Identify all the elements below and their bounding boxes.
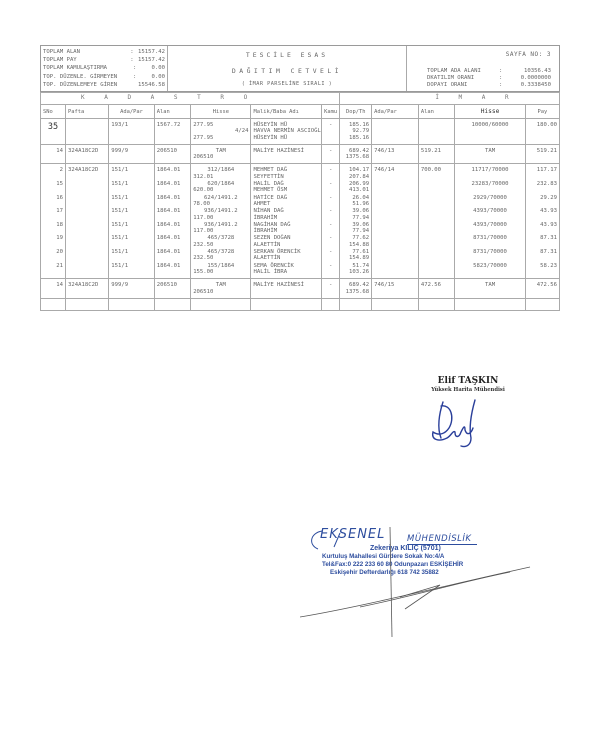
col-imar-ada-par: Ada/Par — [372, 105, 419, 119]
cell-sno: 14 — [41, 144, 66, 164]
cell-imar-ada-par — [372, 222, 419, 236]
cell-alan: 1864.01 — [154, 235, 190, 249]
cell-malik: MALİYE HAZİNESİ — [251, 279, 322, 299]
col-malik: Malik/Baba Adı — [251, 105, 322, 119]
cell-sno: 2 — [41, 164, 66, 181]
col-pay: Pay — [525, 105, 559, 119]
cell-ada-par: 151/1 — [109, 208, 155, 222]
company-stamp: EKSENEL MÜHENDİSLİK Zekeriya KILIÇ (5701… — [300, 527, 550, 577]
cell-imar-hisse: 10000/60000 — [455, 119, 526, 145]
cell-dop-th: 39.0677.94 — [340, 208, 372, 222]
cell-imar-alan — [418, 263, 454, 279]
col-kamu: Kamu — [322, 105, 340, 119]
cell-alan: 1864.01 — [154, 181, 190, 195]
cell-dop-th: 39.0677.94 — [340, 222, 372, 236]
table-row: 19151/11864.01465/3728232.50SEZEN DOĞANA… — [41, 235, 560, 249]
cell-imar-alan: 700.00 — [418, 164, 454, 181]
cell-sno: 15 — [41, 181, 66, 195]
cell-imar-alan — [418, 249, 454, 263]
empty-row — [41, 298, 560, 310]
cell-kamu: - — [322, 263, 340, 279]
section-kadastro: K A D A S T R O — [41, 93, 340, 105]
col-dop-th: Dop/Th — [340, 105, 372, 119]
cell-kamu: - — [322, 144, 340, 164]
cell-malik: HÜSEYİN HÜHAVVA NERMİN ASCIOĞLHÜSEYİN HÜ — [251, 119, 322, 145]
cell-malik-line: ALAETTİN — [253, 255, 319, 261]
cell-hisse-line: 206510 — [193, 154, 248, 160]
col-hisse: Hisse — [191, 105, 251, 119]
total-row: TOPLAM PAY:15157.42 — [43, 56, 165, 64]
cell-pafta — [66, 181, 109, 195]
cell-pafta — [66, 263, 109, 279]
cell-malik-line: AHMET — [253, 201, 319, 207]
cell-alan: 1864.01 — [154, 164, 190, 181]
cell-ada-par: 999/9 — [109, 279, 155, 299]
table-body: 35193/11567.72277.954/24277.95HÜSEYİN HÜ… — [41, 119, 560, 311]
cell-sno: 16 — [41, 195, 66, 209]
cell-dop-th: 689.421375.68 — [340, 144, 372, 164]
cell-pay: 58.23 — [525, 263, 559, 279]
cell-imar-ada-par: 746/15 — [372, 279, 419, 299]
cell-malik-line: İBRAHİM — [253, 228, 319, 234]
cell-pay: 43.93 — [525, 208, 559, 222]
cell-kamu: - — [322, 181, 340, 195]
cell-malik-line: HÜSEYİN HÜ — [253, 135, 319, 141]
cell-imar-hisse: 5823/70000 — [455, 263, 526, 279]
total-row: TOP. DÜZENLEMEYE GİREN15546.58 — [43, 81, 165, 89]
cell-imar-hisse: 8731/70000 — [455, 235, 526, 249]
cell-imar-alan: 472.56 — [418, 279, 454, 299]
cell-hisse-line: 117.00 — [193, 215, 248, 221]
cell-imar-ada-par: 746/13 — [372, 144, 419, 164]
cell-imar-hisse: 8731/70000 — [455, 249, 526, 263]
cell-dop-th-line: 154.88 — [342, 242, 369, 248]
cell-hisse-line: 620.00 — [193, 187, 248, 193]
cell-imar-ada-par: 746/14 — [372, 164, 419, 181]
cell-imar-alan — [418, 222, 454, 236]
cell-pafta — [66, 222, 109, 236]
total-row: TOPLAM KAMULAŞTIRMA:0.00 — [43, 64, 165, 72]
cell-dop-th: 77.61154.89 — [340, 249, 372, 263]
document-sheet: TOPLAM ALAN:15157.42 TOPLAM PAY:15157.42… — [40, 45, 560, 311]
col-ada-par: Ada/Par — [109, 105, 155, 119]
cell-malik: HALİL DAĞMEHMET ÖSM — [251, 181, 322, 195]
cell-hisse: 312/1864312.01 — [191, 164, 251, 181]
document-header: TOPLAM ALAN:15157.42 TOPLAM PAY:15157.42… — [40, 45, 560, 92]
cell-ada-par: 151/1 — [109, 263, 155, 279]
cell-pay: 117.17 — [525, 164, 559, 181]
title-line-2: DAĞITIM CETVELİ — [168, 67, 406, 75]
cell-ada-par: 151/1 — [109, 222, 155, 236]
cell-pafta: 324A18C2D — [66, 279, 109, 299]
cell-malik-line: MEHMET ÖSM — [253, 187, 319, 193]
cell-imar-alan — [418, 181, 454, 195]
cell-hisse-line: 117.00 — [193, 228, 248, 234]
table-row: 35193/11567.72277.954/24277.95HÜSEYİN HÜ… — [41, 119, 560, 145]
cell-malik: SEZEN DOĞANALAETTİN — [251, 235, 322, 249]
cell-hisse-line: 277.95 — [193, 135, 248, 141]
section-imar: İ M A R — [340, 93, 560, 105]
cell-dop-th: 77.62154.88 — [340, 235, 372, 249]
ratio-row: DKATILIM ORANI:0.0000000 — [427, 75, 551, 82]
distribution-table: K A D A S T R O İ M A R SNo Pafta Ada/Pa… — [40, 92, 560, 311]
cell-sno: 21 — [41, 263, 66, 279]
cell-imar-hisse: 4393/70000 — [455, 222, 526, 236]
table-row: 2324A18C2D151/11864.01312/1864312.01MEHM… — [41, 164, 560, 181]
document-title: TESCİLE ESAS DAĞITIM CETVELİ ( İMAR PARS… — [168, 46, 407, 91]
cell-hisse: 277.954/24277.95 — [191, 119, 251, 145]
cell-malik: MALİYE HAZİNESİ — [251, 144, 322, 164]
cell-kamu: - — [322, 249, 340, 263]
cell-hisse: TAM206510 — [191, 144, 251, 164]
stamp-brand-suffix: MÜHENDİSLİK — [407, 534, 477, 545]
col-imar-alan: Alan — [418, 105, 454, 119]
cell-malik: SEMA ÖRENCİKHALİL İBRA — [251, 263, 322, 279]
cell-sno: 20 — [41, 249, 66, 263]
cell-pafta — [66, 195, 109, 209]
cell-malik: NİHAN DAĞİBRAHİM — [251, 208, 322, 222]
cell-pay: 87.31 — [525, 235, 559, 249]
cell-pafta — [66, 249, 109, 263]
cell-malik-line: İBRAHİM — [253, 215, 319, 221]
cell-kamu: - — [322, 222, 340, 236]
cell-hisse-line: 312.01 — [193, 174, 248, 180]
table-row: 14324A18C2D999/9206510TAM206510MALİYE HA… — [41, 279, 560, 299]
totals-panel: TOPLAM ALAN:15157.42 TOPLAM PAY:15157.42… — [41, 46, 168, 91]
cell-hisse-line: 155.00 — [193, 269, 248, 275]
cell-alan: 206510 — [154, 279, 190, 299]
cell-malik: HATİCE DAĞAHMET — [251, 195, 322, 209]
cell-dop-th-line: 77.94 — [342, 215, 369, 221]
cell-malik-line: HAVVA NERMİN ASCIOĞL — [253, 128, 319, 134]
cell-imar-ada-par — [372, 208, 419, 222]
engineer-name: Elif TAŞKIN — [403, 376, 533, 386]
page-number: SAYFA NO: 3 — [506, 51, 551, 58]
cell-imar-ada-par — [372, 249, 419, 263]
cell-imar-alan — [418, 235, 454, 249]
cell-ada-par: 193/1 — [109, 119, 155, 145]
cell-dop-th-line: 103.26 — [342, 269, 369, 275]
cell-malik: MEHMET DAĞSEYFETTİN — [251, 164, 322, 181]
cell-hisse: TAM206510 — [191, 279, 251, 299]
table-row: 14324A18C2D999/9206510TAM206510MALİYE HA… — [41, 144, 560, 164]
cell-pay: 232.83 — [525, 181, 559, 195]
cell-imar-hisse: 11717/70000 — [455, 164, 526, 181]
cell-dop-th-line: 413.01 — [342, 187, 369, 193]
cell-imar-ada-par — [372, 181, 419, 195]
cell-alan: 1864.01 — [154, 249, 190, 263]
cell-kamu: - — [322, 279, 340, 299]
cell-dop-th: 26.0451.96 — [340, 195, 372, 209]
col-alan: Alan — [154, 105, 190, 119]
cell-sno: 35 — [41, 119, 66, 145]
table-row: 15151/11864.01620/1864620.00HALİL DAĞMEH… — [41, 181, 560, 195]
cell-dop-th: 51.74103.26 — [340, 263, 372, 279]
title-line-3: ( İMAR PARSELİNE SIRALI ) — [168, 81, 406, 87]
title-line-1: TESCİLE ESAS — [168, 51, 406, 59]
cell-ada-par: 999/9 — [109, 144, 155, 164]
cell-hisse: 624/1491.278.00 — [191, 195, 251, 209]
engineer-signature-block: Elif TAŞKIN Yüksek Harita Mühendisi — [403, 376, 533, 393]
cell-kamu: - — [322, 195, 340, 209]
table-row: 17151/11864.01936/1491.2117.00NİHAN DAĞİ… — [41, 208, 560, 222]
cell-imar-hisse: TAM — [455, 279, 526, 299]
cell-kamu: - — [322, 164, 340, 181]
cell-dop-th-line: 51.96 — [342, 201, 369, 207]
cell-ada-par: 151/1 — [109, 235, 155, 249]
cell-imar-hisse: 4393/70000 — [455, 208, 526, 222]
cell-malik: NAGİHAN DAĞİBRAHİM — [251, 222, 322, 236]
table-row: 16151/11864.01624/1491.278.00HATİCE DAĞA… — [41, 195, 560, 209]
cell-imar-hisse: TAM — [455, 144, 526, 164]
handwritten-signature-icon — [425, 394, 495, 454]
cell-imar-alan — [418, 208, 454, 222]
ratio-row: DOPAYI ORANI:0.3338450 — [427, 82, 551, 89]
cell-hisse-line: 206510 — [193, 289, 248, 295]
cell-sno: 18 — [41, 222, 66, 236]
cell-ada-par: 151/1 — [109, 181, 155, 195]
cell-malik-line: MALİYE HAZİNESİ — [253, 282, 319, 288]
cell-hisse: 620/1864620.00 — [191, 181, 251, 195]
cell-dop-th-line: 1375.68 — [342, 289, 369, 295]
cell-hisse: 936/1491.2117.00 — [191, 222, 251, 236]
cell-pay: 29.29 — [525, 195, 559, 209]
cell-dop-th: 185.1692.79185.16 — [340, 119, 372, 145]
col-sno: SNo — [41, 105, 66, 119]
table-row: 21151/11864.01155/1864155.00SEMA ÖRENCİK… — [41, 263, 560, 279]
cell-dop-th-line: 207.84 — [342, 174, 369, 180]
table-row: 20151/11864.01465/3728232.50SERKAN ÖRENC… — [41, 249, 560, 263]
cell-pafta — [66, 119, 109, 145]
cell-hisse-line: 232.50 — [193, 242, 248, 248]
cell-imar-ada-par — [372, 119, 419, 145]
cell-imar-alan: 519.21 — [418, 144, 454, 164]
cell-dop-th-line: 1375.68 — [342, 154, 369, 160]
cell-imar-hisse: 2929/70000 — [455, 195, 526, 209]
col-imar-hisse: Hisse — [455, 105, 526, 119]
ratios-panel: SAYFA NO: 3 TOPLAM ADA ALANI:10356.43 DK… — [407, 46, 559, 91]
stamp-brand: EKSENEL — [320, 527, 385, 542]
cell-ada-par: 151/1 — [109, 195, 155, 209]
cell-imar-ada-par — [372, 235, 419, 249]
cell-dop-th-line: 77.94 — [342, 228, 369, 234]
cell-imar-ada-par — [372, 195, 419, 209]
cell-imar-alan — [418, 195, 454, 209]
cell-dop-th: 206.99413.01 — [340, 181, 372, 195]
cell-dop-th: 689.421375.68 — [340, 279, 372, 299]
cell-ada-par: 151/1 — [109, 249, 155, 263]
cell-pay: 472.56 — [525, 279, 559, 299]
cell-imar-ada-par — [372, 263, 419, 279]
cell-alan: 1864.01 — [154, 208, 190, 222]
cell-sno: 14 — [41, 279, 66, 299]
cell-dop-th: 104.17207.84 — [340, 164, 372, 181]
total-row: TOP. DÜZENLE. GİRMEYEN:0.00 — [43, 73, 165, 81]
cell-malik-line: ALAETTİN — [253, 242, 319, 248]
ratio-row: TOPLAM ADA ALANI:10356.43 — [427, 68, 551, 75]
cell-malik-line: HALİL İBRA — [253, 269, 319, 275]
cell-malik-line: MALİYE HAZİNESİ — [253, 148, 319, 154]
total-row: TOPLAM ALAN:15157.42 — [43, 48, 165, 56]
engineer-title: Yüksek Harita Mühendisi — [403, 387, 533, 393]
cell-pay: 519.21 — [525, 144, 559, 164]
cell-pafta — [66, 235, 109, 249]
col-pafta: Pafta — [66, 105, 109, 119]
cell-hisse: 465/3728232.50 — [191, 235, 251, 249]
cell-kamu: - — [322, 235, 340, 249]
cell-kamu: - — [322, 119, 340, 145]
cell-pay: 87.31 — [525, 249, 559, 263]
cell-hisse: 155/1864155.00 — [191, 263, 251, 279]
cell-alan: 1864.01 — [154, 195, 190, 209]
cell-sno: 19 — [41, 235, 66, 249]
cell-malik: SERKAN ÖRENCİKALAETTİN — [251, 249, 322, 263]
cell-pafta — [66, 208, 109, 222]
cell-dop-th-line: 185.16 — [342, 135, 369, 141]
cell-hisse-line: 232.50 — [193, 255, 248, 261]
cell-pay: 180.00 — [525, 119, 559, 145]
cell-alan: 1567.72 — [154, 119, 190, 145]
cell-sno: 17 — [41, 208, 66, 222]
cell-malik-line: SEYFETTİN — [253, 174, 319, 180]
cell-pafta: 324A18C2D — [66, 164, 109, 181]
cell-pay: 43.93 — [525, 222, 559, 236]
cell-dop-th-line: 154.89 — [342, 255, 369, 261]
cell-hisse-line: 78.00 — [193, 201, 248, 207]
cell-alan: 1864.01 — [154, 263, 190, 279]
cell-hisse: 936/1491.2117.00 — [191, 208, 251, 222]
cell-imar-hisse: 23283/70000 — [455, 181, 526, 195]
cell-hisse: 465/3728232.50 — [191, 249, 251, 263]
cell-alan: 206510 — [154, 144, 190, 164]
cell-imar-alan — [418, 119, 454, 145]
cell-pafta: 324A18C2D — [66, 144, 109, 164]
cell-kamu: - — [322, 208, 340, 222]
cell-alan: 1864.01 — [154, 222, 190, 236]
table-row: 18151/11864.01936/1491.2117.00NAGİHAN DA… — [41, 222, 560, 236]
cell-ada-par: 151/1 — [109, 164, 155, 181]
